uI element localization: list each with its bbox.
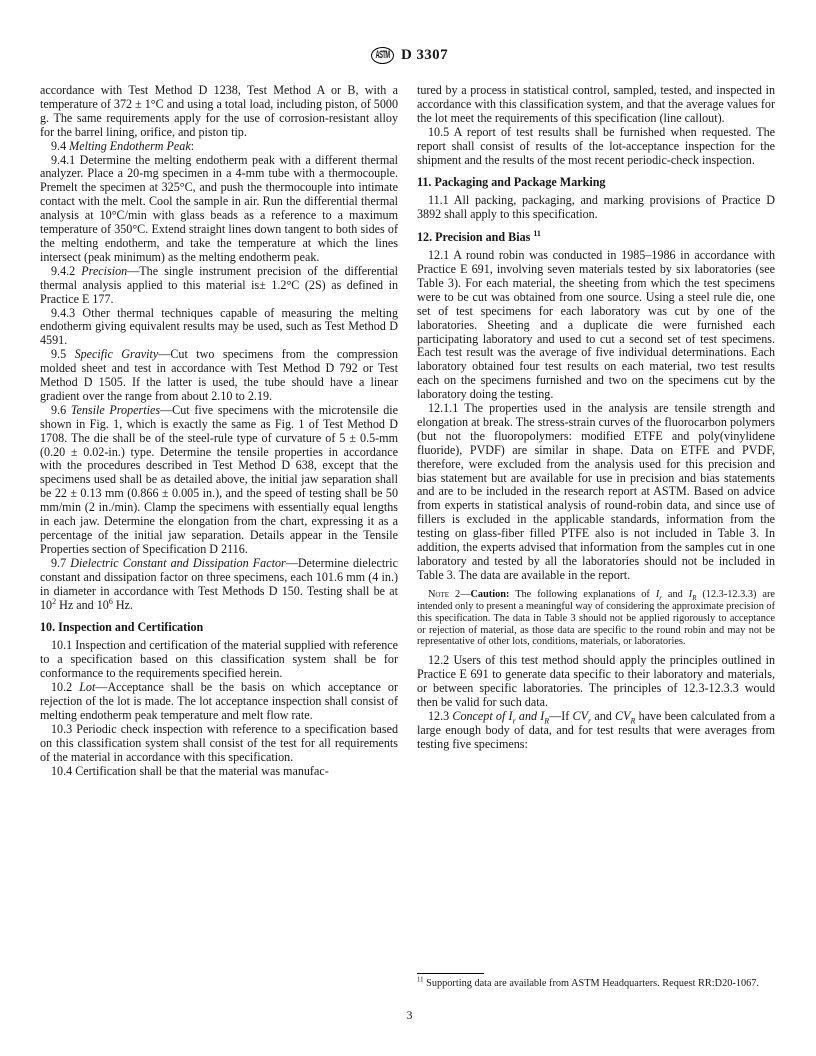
paragraph: 10.2 Lot—Acceptance shall be the basis o… (40, 681, 398, 723)
paragraph: 11.1 All packing, packaging, and marking… (417, 194, 775, 222)
section-heading: 11. Packaging and Package Marking (417, 176, 775, 190)
paragraph: 9.4.1 Determine the melting endotherm pe… (40, 154, 398, 265)
astm-logo-icon: ASTM (371, 47, 394, 64)
paragraph: 9.7 Dielectric Constant and Dissipation … (40, 557, 398, 613)
astm-logo-text: ASTM (375, 50, 389, 61)
section-heading: 12. Precision and Bias 11 (417, 231, 775, 245)
document-page: ASTM D 3307 accordance with Test Method … (0, 0, 816, 1056)
paragraph: 12.3 Concept of Ir and IR—If CVr and CVR… (417, 710, 775, 752)
footnote-divider (417, 973, 484, 974)
paragraph: Note 2—Caution: The following explanatio… (417, 589, 775, 649)
footnote-text: 11 Supporting data are available from AS… (417, 978, 775, 990)
right-column-content: tured by a process in statistical contro… (417, 84, 775, 752)
two-column-body: accordance with Test Method D 1238, Test… (40, 84, 779, 992)
paragraph: 9.4.3 Other thermal techniques capable o… (40, 307, 398, 349)
page-header: ASTM D 3307 (40, 46, 779, 64)
paragraph: 10.5 A report of test results shall be f… (417, 126, 775, 168)
footnote-block: 11 Supporting data are available from AS… (417, 973, 775, 992)
paragraph: 9.4 Melting Endotherm Peak: (40, 140, 398, 154)
right-column: tured by a process in statistical contro… (417, 84, 775, 992)
paragraph: 9.5 Specific Gravity—Cut two specimens f… (40, 348, 398, 404)
paragraph: 12.1 A round robin was conducted in 1985… (417, 249, 775, 402)
section-heading: 10. Inspection and Certification (40, 621, 398, 635)
paragraph: 10.4 Certification shall be that the mat… (40, 765, 398, 779)
paragraph: accordance with Test Method D 1238, Test… (40, 84, 398, 140)
paragraph: 10.3 Periodic check inspection with refe… (40, 723, 398, 765)
paragraph: 9.6 Tensile Properties—Cut five specimen… (40, 404, 398, 557)
left-column: accordance with Test Method D 1238, Test… (40, 84, 398, 992)
document-number: D 3307 (401, 47, 448, 64)
paragraph: 12.1.1 The properties used in the analys… (417, 402, 775, 583)
page-number: 3 (40, 1008, 779, 1023)
paragraph: tured by a process in statistical contro… (417, 84, 775, 126)
paragraph: 10.1 Inspection and certification of the… (40, 639, 398, 681)
paragraph: 9.4.2 Precision—The single instrument pr… (40, 265, 398, 307)
paragraph: 12.2 Users of this test method should ap… (417, 654, 775, 710)
